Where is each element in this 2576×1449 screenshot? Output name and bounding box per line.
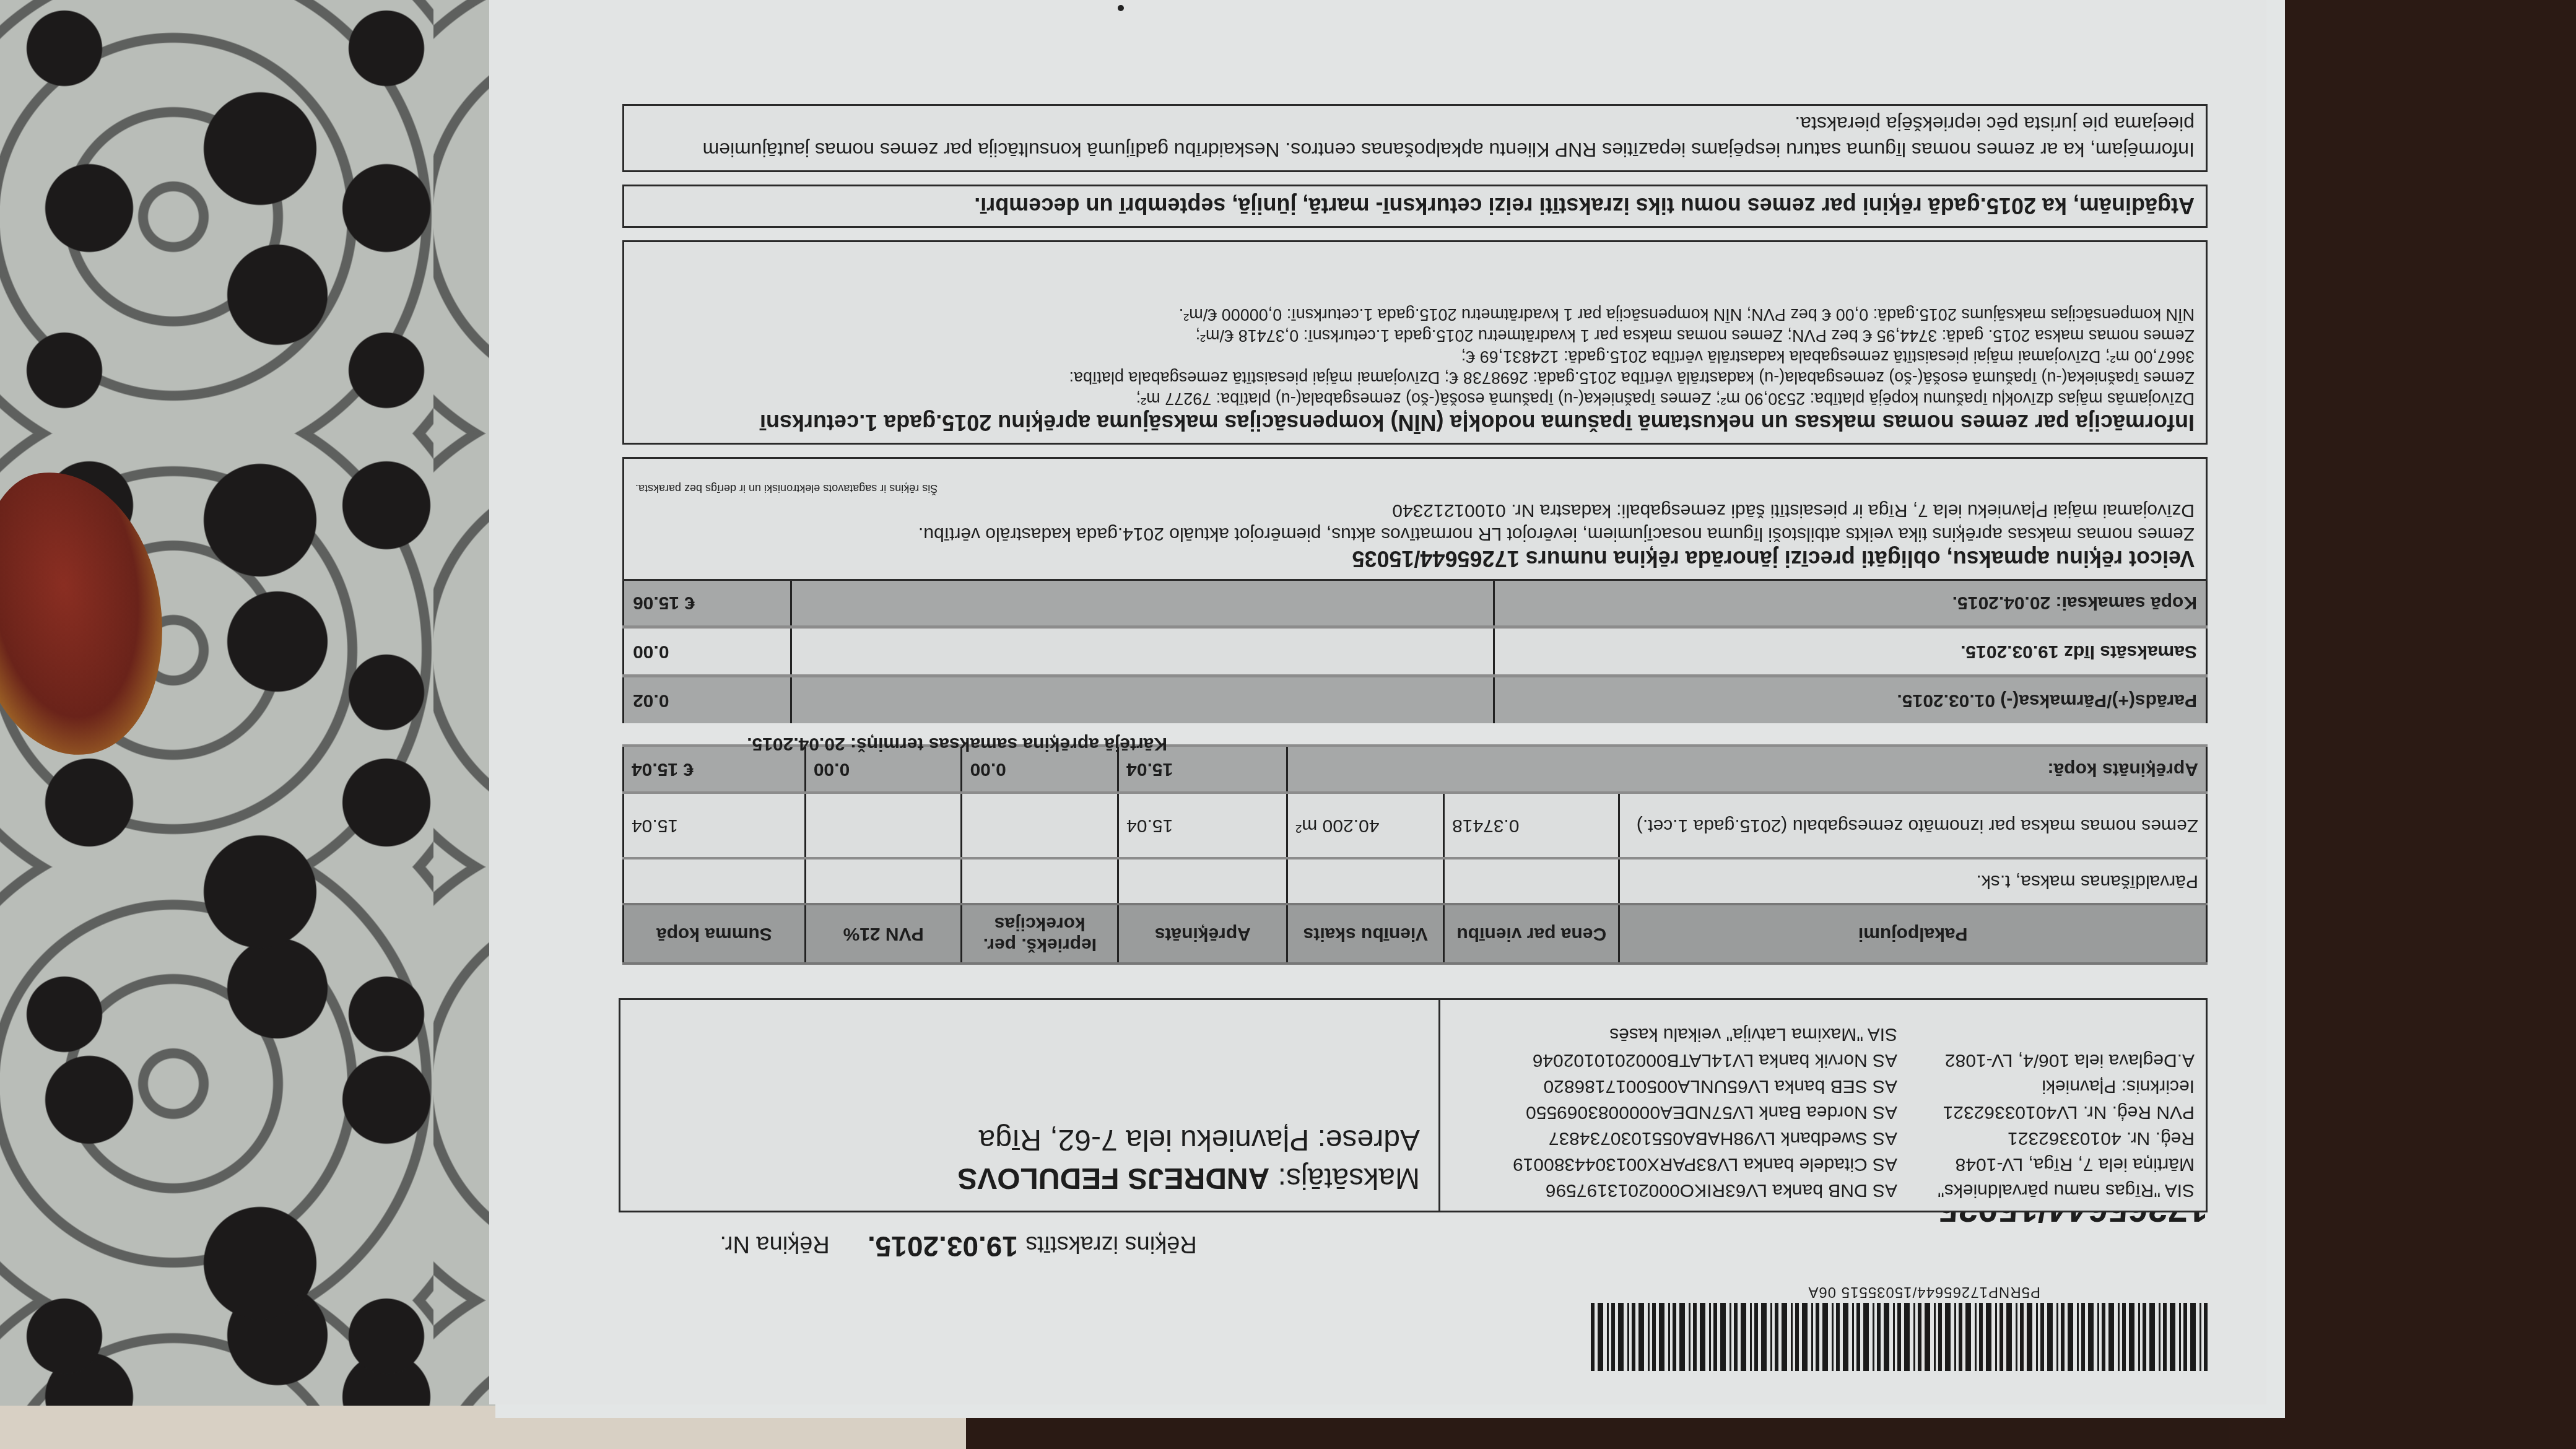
- issuer-block: SIA "Rīgas namu pārvaldnieks" Mārtiņa ie…: [1438, 1000, 2206, 1211]
- total-label: Aprēķināts kopā:: [1287, 746, 2207, 793]
- invoice-number-label: Rēķina Nr.: [720, 1231, 829, 1257]
- payer-address-label: Adrese:: [1318, 1123, 1420, 1156]
- invoice-paper: P5RNP17265644/15035515 06A Rēķins izraks…: [489, 0, 2266, 1404]
- nin-info-line: NĪN kompensācijas maksājums 2015.gadā: 0…: [635, 304, 2195, 325]
- bank-account: AS Norvik banka LV14LATB0002010102046: [1451, 1047, 1897, 1073]
- col-header: Cena par vienību: [1444, 904, 1619, 964]
- service-name: Pārvaldīšanas maksa, t.sk.: [1619, 858, 2207, 904]
- payer-address: Pļavnieku iela 7-62, Rīga: [979, 1123, 1310, 1156]
- payment-note-line: Dzīvojamai mājai Pļavnieku iela 7, Rīga …: [635, 498, 2195, 522]
- cell: [1444, 858, 1619, 904]
- col-header: Iepriekš. per. korekcijas: [962, 904, 1118, 964]
- ink-dot: [1118, 5, 1124, 11]
- bank-account: SIA "Maxima Latvija" veikalu kasēs: [1451, 1021, 1897, 1047]
- unit-quantity: 40.200 m²: [1287, 793, 1444, 858]
- amount-due: € 15.06: [624, 578, 791, 627]
- issuer-line: Mārtiņa iela 7, Rīga, LV-1048: [1897, 1151, 2195, 1177]
- nin-info-box: Informācija par zemes nomas maksas un ne…: [622, 240, 2208, 445]
- notice-text: Atgādinām, ka 2015.gadā rēķini par zemes…: [635, 193, 2195, 219]
- payment-note-box: Veicot rēķinu apmaksu, obligāti precīzi …: [622, 457, 2208, 581]
- cell: [962, 858, 1118, 904]
- issuer-line: SIA "Rīgas namu pārvaldnieks": [1897, 1177, 2195, 1203]
- billing-schedule-notice: Atgādinām, ka 2015.gadā rēķini par zemes…: [622, 185, 2208, 228]
- col-header: Summa kopā: [624, 904, 806, 964]
- service-name: Zemes nomas maksa par iznomāto zemesgaba…: [1619, 793, 2207, 858]
- payer-name-label: Maksātājs:: [1278, 1162, 1420, 1194]
- electronic-signature-note: Šis rēķins ir sagatavots elektroniski un…: [635, 482, 2195, 495]
- issuer-line: Reģ. Nr. 40103362321: [1897, 1125, 2195, 1151]
- cell: [805, 858, 962, 904]
- payment-note-line: Zemes nomas maksas aprēķins tika veikts …: [635, 522, 2195, 546]
- col-header: Pakalpojumi: [1619, 904, 2207, 964]
- summary-row: Parāds(+)/Pārmaksa(-) 01.03.2015. 0.02: [624, 676, 2207, 724]
- summary-value: 0.00: [624, 627, 791, 676]
- nin-info-line: 3667,00 m²; Dzīvojamai mājai piesaistītā…: [635, 346, 2195, 367]
- issuer-line: Iecirknis: Pļavnieki: [1897, 1073, 2195, 1099]
- payer-name: ANDREJS FEDULOVS: [957, 1162, 1269, 1194]
- cell: [1118, 858, 1287, 904]
- vat-amount: [805, 793, 962, 858]
- statement-label: Rēķins izrakstīts: [1025, 1231, 1197, 1257]
- col-header: Aprēķināts: [1118, 904, 1287, 964]
- summary-label: Parāds(+)/Pārmaksa(-) 01.03.2015.: [1494, 676, 2207, 724]
- barcode-text: P5RNP17265644/15035515 06A: [1808, 1283, 2040, 1300]
- issuer-line: PVN Reģ. Nr. LV40103362321: [1897, 1099, 2195, 1125]
- bank-account: AS Citadele banka LV83PARX0013044380019: [1451, 1151, 1897, 1177]
- info-text: Informējam, ka ar zemes nomas līguma sat…: [635, 111, 2195, 163]
- corrections: [962, 793, 1118, 858]
- summary-label: Samaksāts līdz 19.03.2015.: [1494, 627, 2207, 676]
- summary-value: 0.02: [624, 676, 791, 724]
- invoice-document-rotated: P5RNP17265644/15035515 06A Rēķins izraks…: [489, 0, 2266, 1404]
- services-table: Pakalpojumi Cena par vienību Vienību ska…: [622, 744, 2208, 965]
- issuer-company: SIA "Rīgas namu pārvaldnieks" Mārtiņa ie…: [1897, 1007, 2195, 1203]
- payer-block: Maksātājs: ANDREJS FEDULOVS Adrese: Pļav…: [620, 1000, 1438, 1211]
- bank-account: AS SEB banka LV65UNLA0050017186820: [1451, 1073, 1897, 1099]
- nin-info-line: Zemes nomas maksa 2015. gadā: 3744,95 € …: [635, 325, 2195, 346]
- summary-spacer: [791, 578, 1494, 627]
- cell: [624, 858, 806, 904]
- bank-account: AS Swedbank LV98HABA0551030734837: [1451, 1125, 1897, 1151]
- row-total: 15.04: [624, 793, 806, 858]
- balance-summary: Parāds(+)/Pārmaksa(-) 01.03.2015. 0.02 S…: [622, 577, 2208, 723]
- nin-info-line: Dzīvojamās mājas dzīvokļu īpašumu kopējā…: [635, 388, 2195, 409]
- statement-date: 19.03.2015.: [868, 1230, 1018, 1263]
- issuer-banks: AS DNB banka LV63RIKO0002013197596 AS Ci…: [1451, 1007, 1897, 1203]
- nin-info-title: Informācija par zemes nomas maksas un ne…: [635, 409, 2195, 435]
- cell: [1287, 858, 1444, 904]
- col-header: Vienību skaits: [1287, 904, 1444, 964]
- due-date-line: Kārtējā aprēķina samaksas termiņš: 20.04…: [747, 733, 1167, 754]
- calculated-amount: 15.04: [1118, 793, 1287, 858]
- summary-row: Samaksāts līdz 19.03.2015. 0.00: [624, 627, 2207, 676]
- nin-info-line: Zemes īpašnieka(-u) īpašumā esošā(-šo) z…: [635, 367, 2195, 388]
- unit-price: 0.37418: [1444, 793, 1619, 858]
- table-header-row: Pakalpojumi Cena par vienību Vienību ska…: [624, 904, 2207, 964]
- payment-note-title: Veicot rēķinu apmaksu, obligāti precīzi …: [635, 546, 2195, 572]
- summary-spacer: [791, 627, 1494, 676]
- table-row: Pārvaldīšanas maksa, t.sk.: [624, 858, 2207, 904]
- summary-label: Kopā samaksai: 20.04.2015.: [1494, 578, 2207, 627]
- col-header: PVN 21%: [805, 904, 962, 964]
- issuer-payer-box: Maksātājs: ANDREJS FEDULOVS Adrese: Pļav…: [619, 998, 2208, 1212]
- consultation-info-box: Informējam, ka ar zemes nomas līguma sat…: [622, 104, 2208, 172]
- summary-row: Kopā samaksai: 20.04.2015. € 15.06: [624, 578, 2207, 627]
- issuer-line: A.Deglava iela 106/4, LV-1082: [1897, 1047, 2195, 1073]
- bank-account: AS DNB banka LV63RIKO0002013197596: [1451, 1177, 1897, 1203]
- summary-spacer: [791, 676, 1494, 724]
- bank-account: AS Nordea Bank LV57NDEA0000083069550: [1451, 1099, 1897, 1125]
- table-row: Zemes nomas maksa par iznomāto zemesgaba…: [624, 793, 2207, 858]
- barcode: [1588, 1303, 2208, 1371]
